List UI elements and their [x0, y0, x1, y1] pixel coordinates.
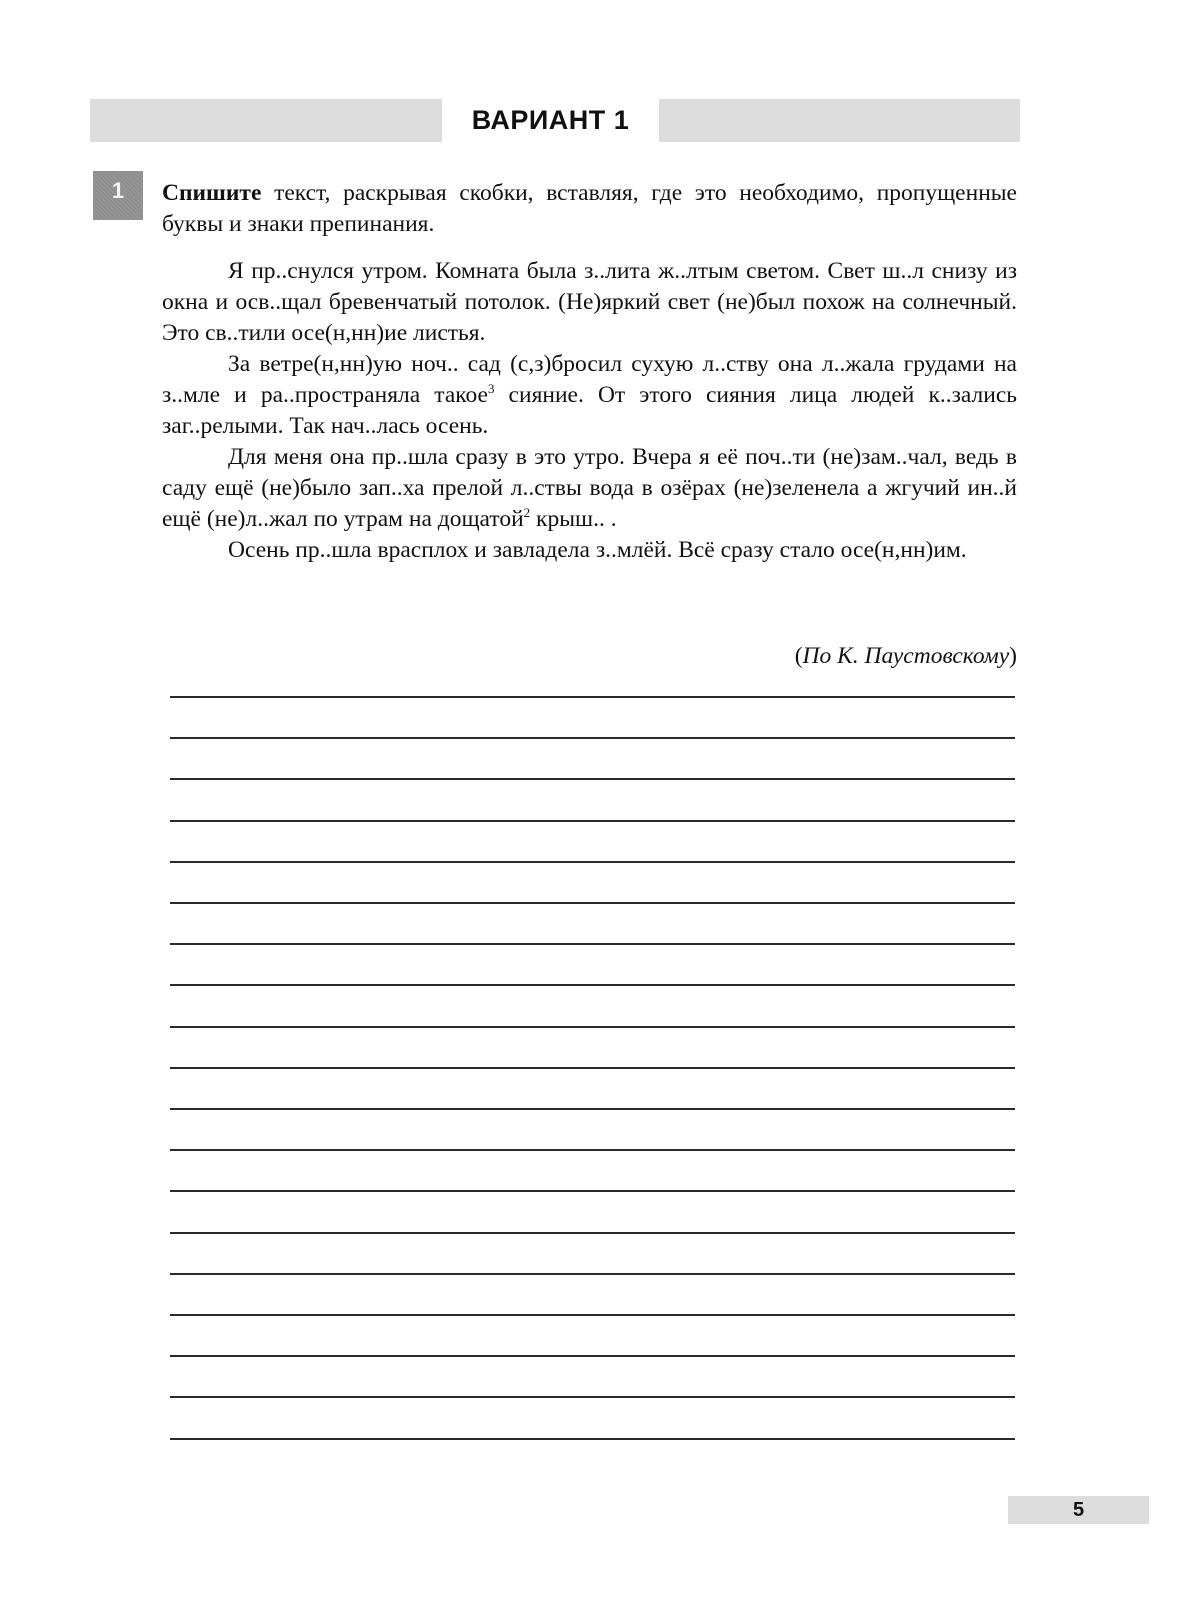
writing-line[interactable] [170, 737, 1015, 739]
writing-line[interactable] [170, 1149, 1015, 1151]
writing-line[interactable] [170, 1108, 1015, 1110]
writing-line[interactable] [170, 1190, 1015, 1192]
page-number: 5 [1008, 1496, 1149, 1524]
writing-line[interactable] [170, 943, 1015, 945]
writing-line[interactable] [170, 984, 1015, 986]
writing-line[interactable] [170, 1438, 1015, 1440]
writing-line[interactable] [170, 861, 1015, 863]
task-number-badge: 1 [93, 171, 143, 220]
writing-line[interactable] [170, 1314, 1015, 1316]
writing-line[interactable] [170, 1396, 1015, 1398]
writing-line[interactable] [170, 1355, 1015, 1357]
writing-line[interactable] [170, 1067, 1015, 1069]
writing-line[interactable] [170, 696, 1015, 698]
writing-line[interactable] [170, 1273, 1015, 1275]
writing-line[interactable] [170, 778, 1015, 780]
answer-writing-area[interactable] [170, 0, 1015, 1600]
writing-line[interactable] [170, 1026, 1015, 1028]
writing-line[interactable] [170, 1232, 1015, 1234]
writing-line[interactable] [170, 902, 1015, 904]
writing-line[interactable] [170, 820, 1015, 822]
